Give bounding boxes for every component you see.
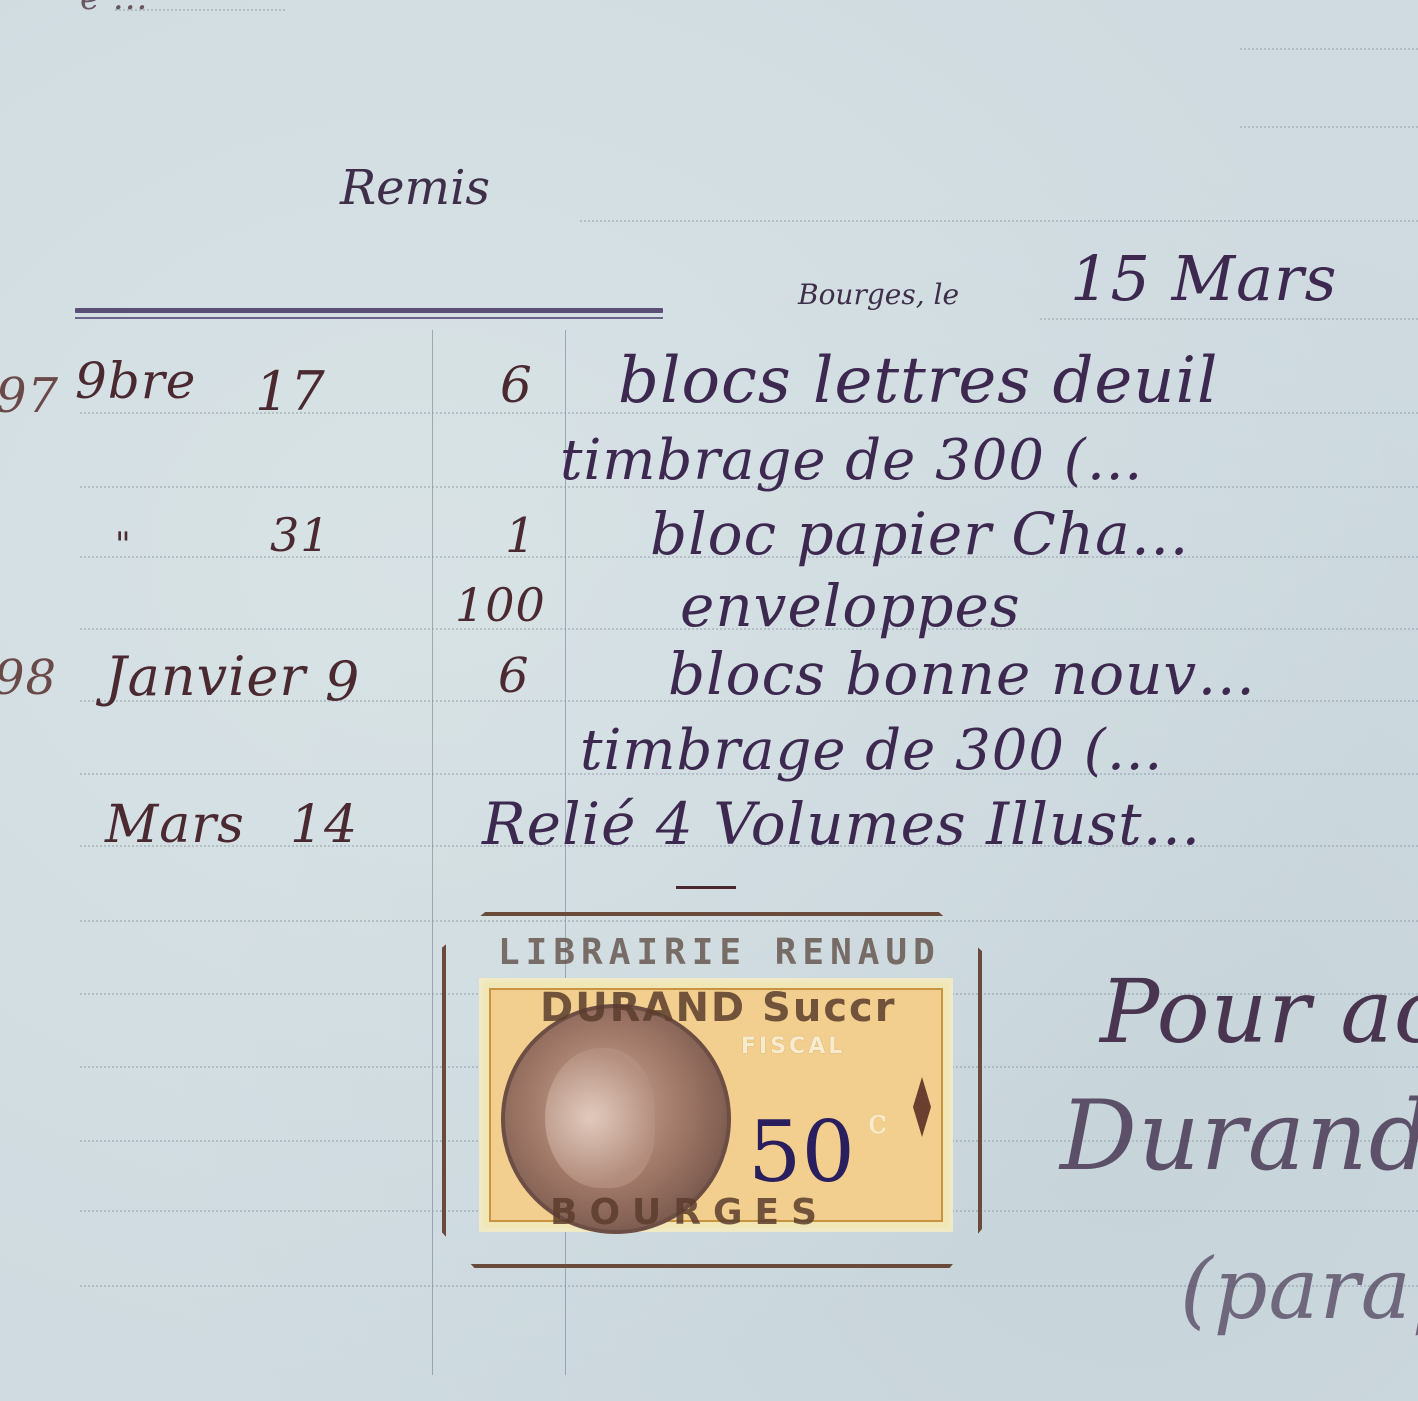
signature-line-3: (paraphe) <box>1180 1240 1418 1338</box>
ledger-qty: 6 <box>498 648 530 704</box>
handwritten-date: 15 Mars <box>1070 242 1338 315</box>
ledger-day: 17 <box>255 360 326 423</box>
ledger-qty: 100 <box>455 578 546 632</box>
ledger-description: enveloppes <box>680 572 1021 640</box>
signature-line-1: Pour ac… <box>1100 960 1418 1063</box>
document-page: e ... Remis Bourges, le 15 Mars 97 9bre … <box>0 0 1418 1401</box>
ledger-month: 9bre <box>75 352 196 410</box>
cachet-line-3: BOURGES <box>550 1192 829 1233</box>
stamp-unit: c <box>868 1102 887 1142</box>
ledger-day: 9 <box>325 650 360 713</box>
ledger-description: bloc papier Cha… <box>650 500 1190 568</box>
ledger-month: " <box>115 525 132 565</box>
ledger-description: blocs lettres deuil <box>618 344 1218 418</box>
underline-mark <box>676 886 736 889</box>
signature-line-2: Durand <box>1060 1080 1418 1192</box>
ledger-description: Relié 4 Volumes Illust… <box>482 790 1202 858</box>
ledger-description: timbrage de 300 (… <box>580 718 1164 783</box>
cachet-line-2: DURAND Succr <box>540 985 896 1031</box>
ledger-year: 97 <box>0 368 59 424</box>
ledger-year: 98 <box>0 650 57 706</box>
printed-heading-remis: Remis <box>340 160 490 216</box>
ruled-line <box>1040 318 1418 320</box>
stamp-value: 50 <box>748 1110 855 1194</box>
ledger-description: blocs bonne nouv… <box>668 640 1256 708</box>
fiscal-label: FISCAL <box>741 1034 845 1059</box>
ledger-qty: 1 <box>505 508 537 564</box>
ledger-month: Janvier <box>105 645 306 708</box>
ledger-qty: 6 <box>500 356 533 414</box>
ledger-month: Mars <box>105 795 245 855</box>
ruled-line <box>115 9 285 11</box>
ruled-line <box>1240 48 1418 50</box>
ruled-line <box>1240 126 1418 128</box>
cachet-line-1: LIBRAIRIE RENAUD <box>498 932 941 973</box>
ruled-line <box>580 220 1418 222</box>
printed-place-label: Bourges, le <box>798 278 959 311</box>
ledger-day: 14 <box>290 795 358 855</box>
ledger-day: 31 <box>270 508 331 562</box>
ledger-description: timbrage de 300 (… <box>560 428 1144 493</box>
column-header-bar <box>75 308 663 320</box>
